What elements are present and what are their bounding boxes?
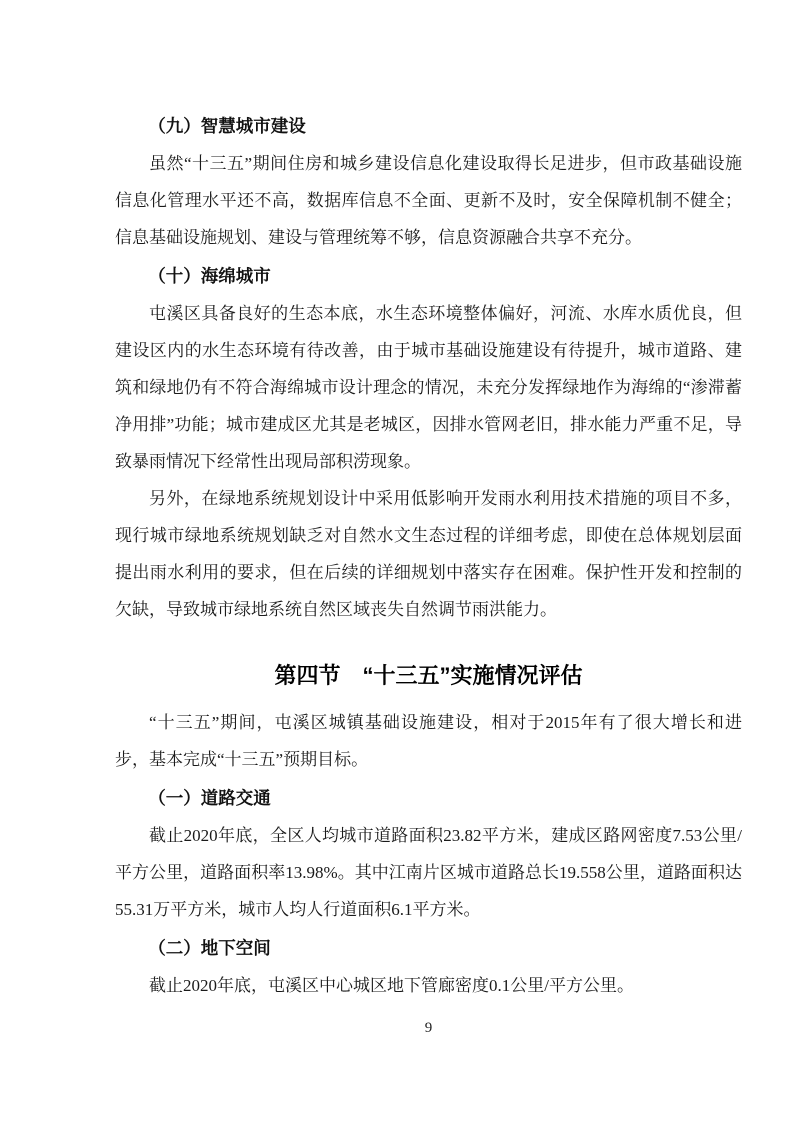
document-content: （九）智慧城市建设 虽然“十三五”期间住房和城乡建设信息化建设取得长足进步，但市…	[115, 106, 742, 1004]
para-road-traffic: 截止2020年底，全区人均城市道路面积23.82平方米，建成区路网密度7.53公…	[115, 817, 742, 928]
document-page: （九）智慧城市建设 虽然“十三五”期间住房和城乡建设信息化建设取得长足进步，但市…	[0, 0, 793, 1122]
para-underground-space: 截止2020年底，屯溪区中心城区地下管廊密度0.1公里/平方公里。	[115, 967, 742, 1004]
heading-road-traffic: （一）道路交通	[115, 780, 742, 817]
para-evaluation-intro: “十三五”期间，屯溪区城镇基础设施建设，相对于2015年有了很大增长和进步，基本…	[115, 704, 742, 778]
heading-sponge-city: （十）海绵城市	[115, 258, 742, 295]
para-sponge-city-green-space: 另外，在绿地系统规划设计中采用低影响开发雨水利用技术措施的项目不多，现行城市绿地…	[115, 480, 742, 628]
heading-smart-city-construction: （九）智慧城市建设	[115, 108, 742, 145]
para-smart-city-construction: 虽然“十三五”期间住房和城乡建设信息化建设取得长足进步，但市政基础设施信息化管理…	[115, 145, 742, 256]
heading-underground-space: （二）地下空间	[115, 930, 742, 967]
page-number: 9	[115, 1020, 742, 1037]
para-sponge-city-overview: 屯溪区具备良好的生态本底，水生态环境整体偏好，河流、水库水质优良，但建设区内的水…	[115, 295, 742, 480]
section-title-implementation-evaluation: 第四节 “十三五”实施情况评估	[115, 656, 742, 696]
